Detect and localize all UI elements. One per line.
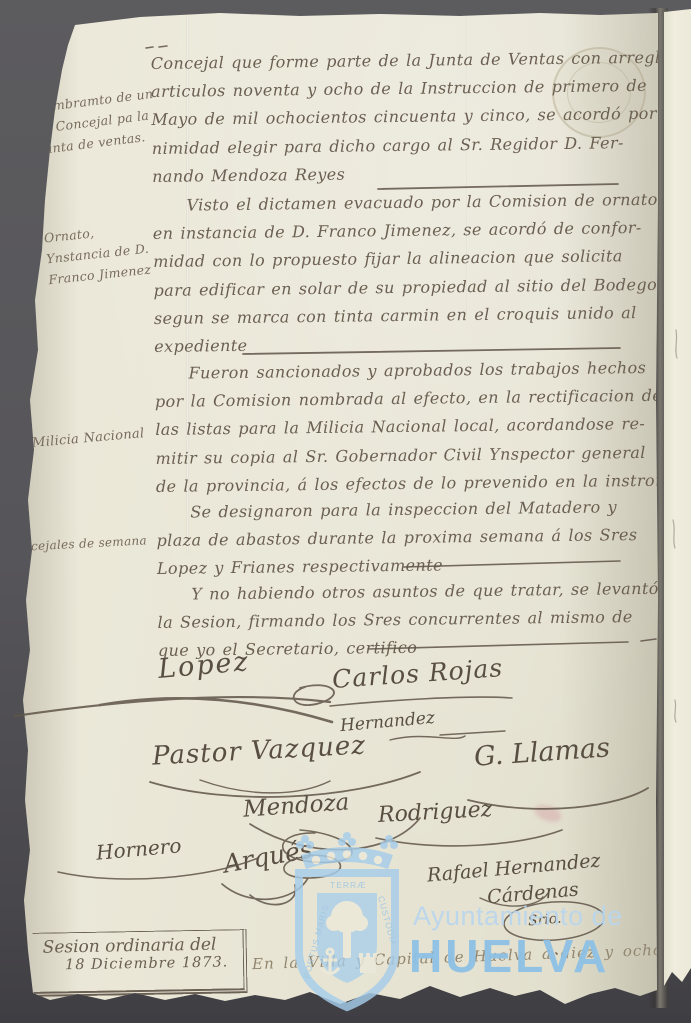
scanned-manuscript-viewport: Nombramto de un Sr Concejal pa la Junta … bbox=[0, 0, 691, 1023]
ink-flourish-overlay bbox=[0, 0, 691, 1023]
